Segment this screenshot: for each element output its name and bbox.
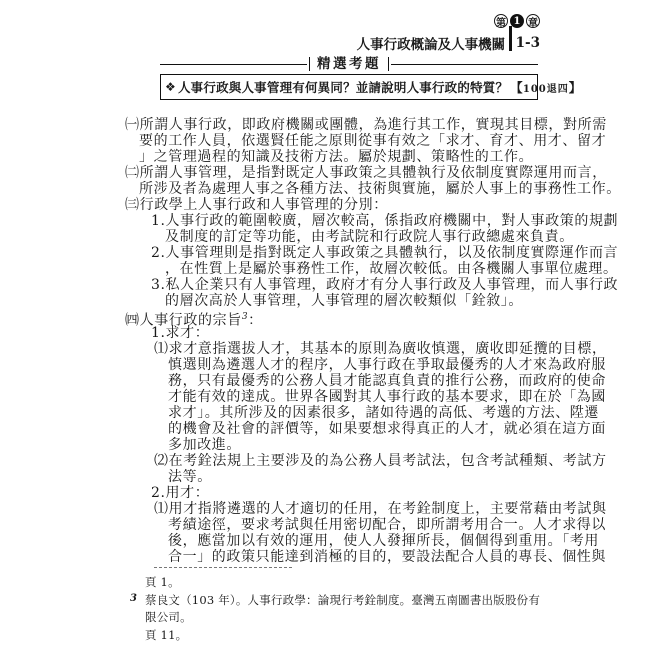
footnote-area: 頁 1。3蔡良文（103 年）。人事行政學：論現行考銓制度。臺灣五南圖書出版股份… [125, 567, 543, 644]
body-text-line: 1.求才： [125, 325, 557, 341]
body-text-line: 要的工作人員，依選賢任能之原則從事有效之「求才、育才、用才、留才 [125, 133, 557, 149]
body-text-line: 後，應當加以有效的運用，使人人發揮所長，個個得到重用。「考用 [125, 533, 557, 549]
body-text-line: 2.用才： [125, 485, 557, 501]
chapter-title-row: 人事行政概論及人事機關 1-3 [357, 30, 540, 55]
body-text-line: 務，只有最優秀的公務人員才能認真負責的推行公務，而政府的使命 [125, 373, 557, 389]
body-text-line: ㈡所謂人事管理，是指對既定人事政策之具體執行及依制度實際運用而言， [125, 165, 557, 181]
exam-source-tag: 【100退四】 [510, 78, 581, 96]
body-text-line: ㈠所謂人事行政，即政府機關或團體，為進行其工作，實現其目標，對所需 [125, 117, 557, 133]
body-text-line: 合一」的政策只能達到消極的目的，要設法配合人員的專長、個性與 [125, 549, 557, 565]
page-number: 1-3 [516, 35, 540, 51]
body-text-line: ㈣人事行政的宗旨3： [125, 309, 557, 325]
footnote-marker: 3 [130, 590, 137, 608]
body-text-line: 」之管理過程的知識及技術方法。屬於規劃、策略性的工作。 [125, 149, 557, 165]
body-text-line: ⑵在考銓法規上主要涉及的為公務人員考試法，包含考試種類、考試方 [125, 453, 557, 469]
footnote: 3蔡良文（103 年）。人事行政學：論現行考銓制度。臺灣五南圖書出版股份有限公司… [125, 592, 543, 645]
rule-right [391, 64, 538, 65]
footnote: 頁 1。 [125, 574, 543, 592]
chapter-prefix-circle: 第 [494, 14, 508, 28]
body-text-line: 1.人事行政的範圍較廣，層次較高，係指政府機關中，對人事政策的規劃 [125, 213, 557, 229]
body-text-line: ⑴用才指將遴選的人才適切的任用，在考銓制度上，主要常藉由考試與 [125, 501, 557, 517]
body-text-line: 所涉及者為處理人事之各種方法、技術與實施，屬於人事上的事務性工作。 [125, 181, 557, 197]
chapter-suffix-circle: 章 [526, 14, 540, 28]
header-divider-bar [509, 26, 512, 51]
page-header: 第 1 章 人事行政概論及人事機關 1-3 [357, 14, 540, 55]
question-text: 人事行政與人事管理有何異同？並請說明人事行政的特質？ [178, 78, 508, 96]
body-text-line: ㈢行政學上人事行政和人事管理的分別： [125, 197, 557, 213]
section-label: 精選考題 [309, 57, 389, 71]
footnote-list: 頁 1。3蔡良文（103 年）。人事行政學：論現行考銓制度。臺灣五南圖書出版股份… [125, 574, 543, 644]
footnote-divider [154, 567, 292, 568]
body-text-line: 的機會及社會的評價等，如果要想求得真正的人才，就必須在這方面 [125, 421, 557, 437]
body-text-line: 考績途徑，要求考試與任用密切配合，即所謂考用合一。人才求得以 [125, 517, 557, 533]
body-text-line: ，在性質上是屬於事務性工作，故層次較低。由各機關人事單位處理。 [125, 261, 557, 277]
answer-body: ㈠所謂人事行政，即政府機關或團體，為進行其工作，實現其目標，對所需要的工作人員，… [125, 117, 557, 565]
chapter-title: 人事行政概論及人事機關 [357, 33, 506, 53]
tag-inner-text: 100退四 [523, 84, 569, 95]
body-text-line: 多加改進。 [125, 437, 557, 453]
rule-left [160, 64, 307, 65]
diamond-icon: ❖ [165, 80, 176, 94]
chapter-badge: 第 1 章 [357, 14, 540, 28]
body-text-line: 慎選則為遴選人才的程序，人事行政在爭取最優秀的人才來為政府服 [125, 357, 557, 373]
body-text-line: 法等。 [125, 469, 557, 485]
body-text-line: 2.人事管理則是指對既定人事政策之具體執行，以及依制度實際運作而言 [125, 245, 557, 261]
chapter-number-circle: 1 [510, 14, 524, 28]
body-text-line: 的層次高於人事管理，人事管理的層次較類似「銓敘」。 [125, 293, 557, 309]
question-box: ❖ 人事行政與人事管理有何異同？並請說明人事行政的特質？ 【100退四】 [160, 74, 538, 100]
page: 第 1 章 人事行政概論及人事機關 1-3 精選考題 ❖ 人事行政與人事管理有何… [0, 0, 657, 657]
body-text-line: 求才」。其所涉及的因素很多，諸如待遇的高低、考選的方法、陞遷 [125, 405, 557, 421]
body-text-line: 才能有效的達成。世界各國對其人事行政的基本要求，即在於「為國 [125, 389, 557, 405]
tag-open-bracket: 【 [510, 80, 523, 95]
featured-questions-section: 精選考題 ❖ 人事行政與人事管理有何異同？並請說明人事行政的特質？ 【100退四… [160, 57, 538, 100]
body-text-line: ⑴求才意指選拔人才，其基本的原則為廣收慎選，廣收即延攬的目標， [125, 341, 557, 357]
body-text-line: 3.私人企業只有人事管理，政府才有分人事行政及人事管理，而人事行政 [125, 277, 557, 293]
tag-close-bracket: 】 [569, 80, 582, 95]
body-text-line: 及制度的訂定等功能，由考試院和行政院人事行政總處來負責。 [125, 229, 557, 245]
section-label-row: 精選考題 [160, 57, 538, 71]
